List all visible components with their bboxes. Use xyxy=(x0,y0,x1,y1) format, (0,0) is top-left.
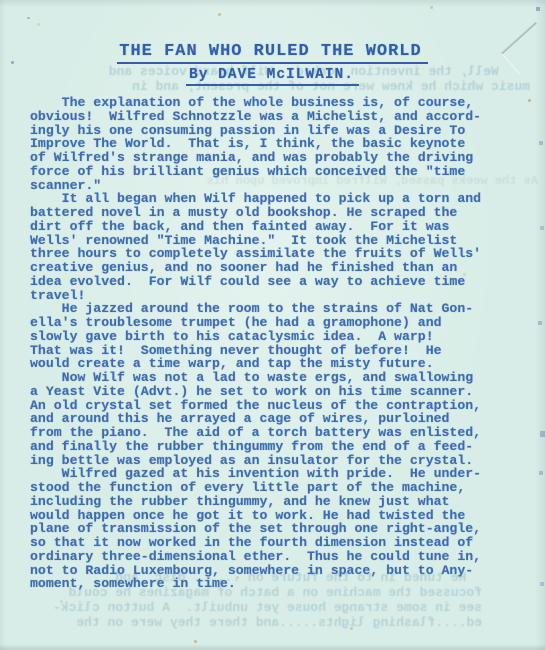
typed-line: creative genius, and no sooner had he fi… xyxy=(30,261,500,275)
typed-line: and finally the rubber thingummy from th… xyxy=(30,440,500,454)
typed-line: travel! xyxy=(30,289,500,303)
typed-line: Wilfred gazed at his invention with prid… xyxy=(30,467,500,481)
typed-line: would create a time warp, and tap the mi… xyxy=(30,357,500,371)
scanned-page: Well, the invention worked. Wilf heard v… xyxy=(0,0,545,650)
typed-line: force of his brilliant genius which conc… xyxy=(30,165,500,179)
typed-line: Now Wilf was not a lad to waste ergs, an… xyxy=(30,371,500,385)
typed-line: a Yeast Vite (Advt.) he set to work on h… xyxy=(30,385,500,399)
typed-line: stood the function of every little part … xyxy=(30,481,500,495)
typed-line: of Wilfred's strange mania, and was prob… xyxy=(30,151,500,165)
typed-line: and around this he arrayed a cage of wir… xyxy=(30,412,500,426)
typed-line: That was it! Something never thought of … xyxy=(30,344,500,358)
typed-line: Wells' renowned "Time Machine." It took … xyxy=(30,234,500,248)
typed-line: ella's troublesome trumpet (he had a gra… xyxy=(30,316,500,330)
article-byline: By DAVE McILWAIN. xyxy=(186,67,359,86)
typed-line: He jazzed around the room to the strains… xyxy=(30,302,500,316)
typed-line: would happen once he got it to work. He … xyxy=(30,509,500,523)
typed-line: ingly his one consuming passion in life … xyxy=(30,124,500,138)
typed-line: dirt off the back, and then fainted away… xyxy=(30,220,500,234)
typed-line: three hours to completely assimilate the… xyxy=(30,247,500,261)
typed-line: An old crystal set formed the nucleus of… xyxy=(30,399,500,413)
article-header: THE FAN WHO RULED THE WORLD By DAVE McIL… xyxy=(0,42,545,86)
typed-line: ordinary three-dimensional ether. Thus h… xyxy=(30,550,500,564)
article-body: The explanation of the whole business is… xyxy=(30,96,500,591)
typed-line: from the piano. The aid of a torch batte… xyxy=(30,426,500,440)
bleedthrough-line: ed....flashing lights.....and there they… xyxy=(50,615,482,630)
right-edge-ink-marks xyxy=(0,0,2,2)
bleedthrough-line: see in some strange house yet unbuilt. A… xyxy=(50,600,482,615)
typed-line: moment, somewhere in time. xyxy=(30,577,500,591)
typed-line: including the rubber thingummy, and he k… xyxy=(30,495,500,509)
typed-line: ing bettle was employed as an insulator … xyxy=(30,454,500,468)
typed-line: slowly gave birth to his cataclysmic ide… xyxy=(30,330,500,344)
typed-line: It all began when Wilf happened to pick … xyxy=(30,192,500,206)
typed-line: The explanation of the whole business is… xyxy=(30,96,500,110)
article-title: THE FAN WHO RULED THE WORLD xyxy=(117,42,427,64)
typed-line: obvious! Wilfred Schnotzzle was a Michel… xyxy=(30,110,500,124)
typed-line: battered novel in a musty old bookshop. … xyxy=(30,206,500,220)
typed-line: plane of transmission of the set through… xyxy=(30,522,500,536)
typed-line: Improve The World. That is, I think, the… xyxy=(30,137,500,151)
typed-line: so that it now worked in the fourth dime… xyxy=(30,536,500,550)
typed-line: not to Radio Luxembourg, somewhere in sp… xyxy=(30,564,500,578)
typed-line: scanner." xyxy=(30,179,500,193)
typed-line: idea evolved. For Wilf could see a way t… xyxy=(30,275,500,289)
stray-speck xyxy=(27,17,30,19)
